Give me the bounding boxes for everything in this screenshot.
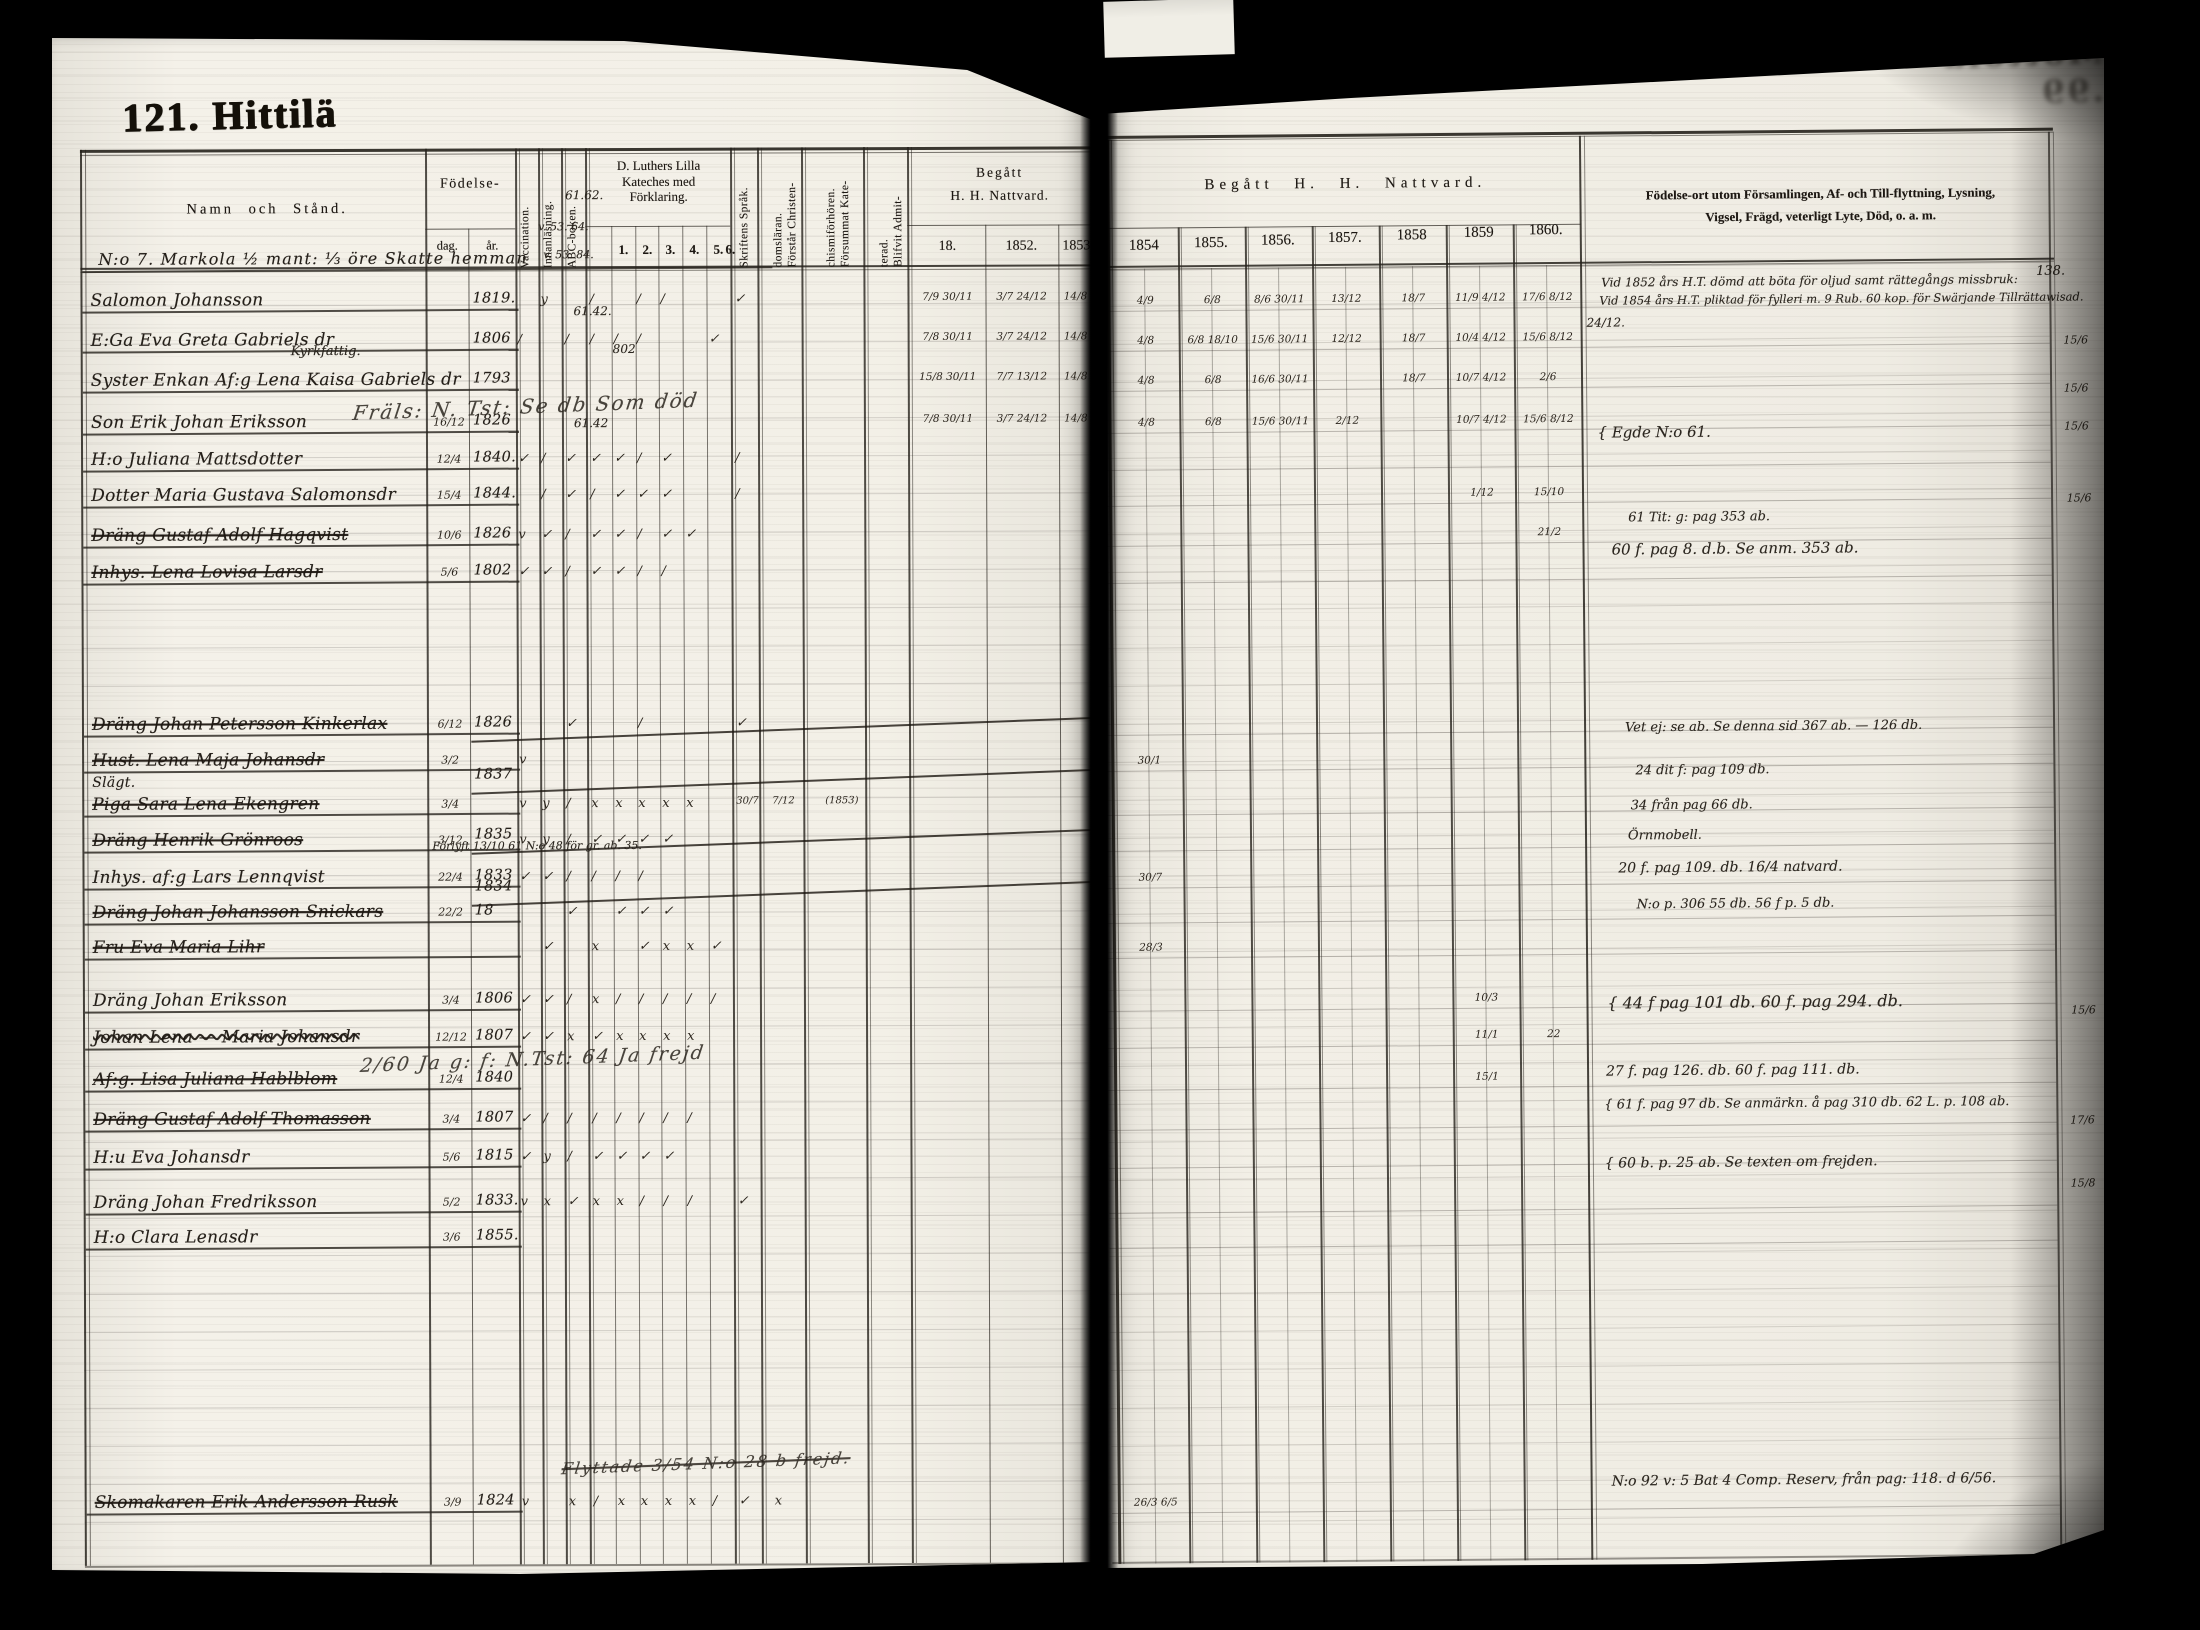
marginal-annotation: 61.62. — [565, 188, 603, 202]
birth-year: 1806 — [473, 330, 511, 346]
row-underline — [1108, 1040, 2056, 1049]
row-name: Dräng Gustaf Adolf Thomasson — [93, 1109, 370, 1130]
examination-mark: / — [518, 332, 522, 347]
examination-mark: ✓ — [565, 487, 576, 502]
scanned-parish-register: 121. Hittilä Namn och Stånd. Födelse- da… — [0, 0, 2200, 1630]
communion-date: 30/1 — [1117, 754, 1181, 767]
examination-mark: x — [618, 1494, 625, 1509]
grid-line-vertical — [611, 226, 617, 1564]
birth-day: 3/9 — [435, 1496, 471, 1509]
row-name: Son Erik Johan Eriksson — [91, 412, 307, 433]
examination-mark: ✓ — [590, 527, 601, 542]
communion-date: 2/12 — [1315, 415, 1379, 428]
remark-note: Örnmobell. — [1628, 828, 1702, 844]
grid-line-horizontal — [1112, 1554, 2065, 1564]
examination-mark: / — [637, 527, 641, 542]
examination-mark: ✓ — [738, 1194, 749, 1209]
examination-mark: / — [636, 292, 640, 307]
examination-mark: / — [687, 1111, 691, 1126]
row-underline — [1106, 843, 2054, 852]
examination-mark: x — [689, 1494, 696, 1509]
examination-mark: ✓ — [543, 992, 554, 1007]
grid-line-vertical — [1058, 224, 1064, 1562]
row-name: Dotter Maria Gustava Salomonsdr — [91, 485, 396, 506]
examination-mark: / — [660, 292, 664, 307]
row-underline — [1103, 498, 2051, 507]
examination-mark: / — [661, 564, 665, 579]
examination-mark: ✓ — [637, 487, 648, 502]
examination-mark: ✓ — [616, 1149, 627, 1164]
birth-year: 1840. — [473, 449, 516, 465]
birth-day: 22/2 — [433, 906, 469, 919]
examination-mark: / — [735, 487, 739, 502]
examination-mark: ✓ — [663, 1149, 674, 1164]
examination-mark: ✓ — [661, 527, 672, 542]
examination-mark: ✓ — [614, 451, 625, 466]
examination-mark: / — [638, 716, 642, 731]
row-name: Syster Enkan Af:g Lena Kaisa Gabriels dr — [91, 370, 461, 391]
examination-mark: / — [639, 992, 643, 1007]
examination-mark: x — [665, 1494, 672, 1509]
communion-date: 13/12 — [1314, 293, 1378, 306]
margin-date-mark: 15/6 — [2058, 333, 2094, 346]
examination-mark: / — [592, 1111, 596, 1126]
examination-mark: / — [663, 1111, 667, 1126]
remark-note: 20 f. pag 109. db. 16/4 natvard. — [1618, 859, 1842, 877]
row-underline — [1112, 1505, 2060, 1514]
examination-mark: / — [735, 451, 739, 466]
examination-mark: ✓ — [614, 564, 625, 579]
examination-mark: / — [565, 564, 569, 579]
row-underline — [1109, 1160, 2057, 1169]
communion-date: 10/7 4/12 — [1449, 371, 1513, 384]
examination-mark: / — [566, 796, 570, 811]
ruled-line — [1107, 982, 2055, 991]
examination-mark: / — [594, 1494, 598, 1509]
examination-mark: x — [639, 1029, 646, 1044]
remark-note: { 44 f pag 101 db. 60 f. pag 294. db. — [1607, 991, 1903, 1013]
examination-mark: / — [637, 332, 641, 347]
examination-mark: ✓ — [518, 564, 529, 579]
remark-note: { 61 f. pag 97 db. Se anmärkn. å pag 310… — [1604, 1094, 2009, 1113]
examination-mark: ✓ — [739, 1494, 750, 1509]
examination-mark: / — [637, 564, 641, 579]
examination-mark: ✓ — [541, 527, 552, 542]
row-underline — [1104, 575, 2052, 584]
communion-date: 28/3 — [1119, 941, 1183, 954]
examination-mark: / — [640, 1194, 644, 1209]
examination-mark: x — [569, 1494, 576, 1509]
examination-mark: x — [663, 939, 670, 954]
ruled-line — [1110, 1324, 2058, 1333]
birth-day: 5/6 — [431, 566, 467, 579]
examination-mark: ✓ — [520, 992, 531, 1007]
margin-date-mark: 17/6 — [2064, 1113, 2100, 1126]
examination-mark: ✓ — [661, 451, 672, 466]
examination-mark: ✓ — [519, 869, 530, 884]
remark-note: 24/12. — [1586, 315, 1625, 329]
examination-mark: ✓ — [592, 1149, 603, 1164]
communion-date: 10/3 — [1454, 991, 1518, 1004]
examination-mark: / — [663, 992, 667, 1007]
examination-mark: ✓ — [543, 1029, 554, 1044]
right-page: Möttölä .99 Begått H. H. Nattvard. 1854 … — [1100, 28, 2104, 1578]
communion-date: 15/6 8/12 — [1516, 331, 1580, 344]
remark-note: Vid 1854 års H.T. pliktad för fylleri m.… — [1599, 289, 2083, 307]
examination-mark: / — [638, 869, 642, 884]
birth-year: 1807 — [475, 1109, 513, 1125]
examination-mark: x — [617, 1194, 624, 1209]
examination-mark: ✓ — [639, 939, 650, 954]
ruled-line — [1112, 1514, 2060, 1523]
grid-line-vertical — [425, 149, 431, 1565]
examination-mark: / — [565, 527, 569, 542]
row-name: Inhys. af:g Lars Lennqvist — [92, 867, 324, 888]
examination-mark: ✓ — [568, 1194, 579, 1209]
examination-mark: / — [567, 992, 571, 1007]
examination-mark: x — [775, 1493, 782, 1508]
examination-mark: / — [711, 992, 715, 1007]
birth-day: 3/4 — [433, 994, 469, 1007]
birth-year: 1833. — [476, 1192, 519, 1208]
examination-mark: / — [590, 487, 594, 502]
examination-mark: / — [567, 1111, 571, 1126]
remark-note: 34 från pag 66 db. — [1631, 797, 1753, 813]
grid-line-vertical — [985, 225, 991, 1563]
row-note: Förlyft 13/10 61 N:o 48 för gr. ab. 35. — [432, 839, 642, 853]
communion-date: 10/4 4/12 — [1449, 331, 1513, 344]
examination-mark: ✓ — [709, 332, 720, 347]
birth-day: 10/6 — [431, 529, 467, 542]
row-underline — [1107, 915, 2055, 924]
communion-date: 15/6 30/11 — [1248, 415, 1312, 428]
birth-year: 1806 — [475, 990, 513, 1006]
communion-date: 18/7 — [1382, 372, 1446, 385]
book-gutter — [1080, 0, 1118, 1630]
examination-mark: / — [566, 869, 570, 884]
ruled-line — [1109, 1172, 2057, 1181]
row-name: Salomon Johansson — [90, 290, 263, 311]
examination-mark: x — [616, 1029, 623, 1044]
grid-line-vertical — [468, 229, 474, 1565]
birth-year: 1826 — [473, 525, 511, 541]
row-name: Dräng Johan Fredriksson — [94, 1192, 318, 1213]
communion-date: 17/6 8/12 — [1515, 291, 1579, 304]
examination-mark: x — [663, 1029, 670, 1044]
examination-mark: v — [519, 796, 526, 811]
communion-date: 11/9 4/12 — [1448, 291, 1512, 304]
communion-date: 10/7 4/12 — [1449, 413, 1513, 426]
examination-mark: ✓ — [520, 1111, 531, 1126]
grid-line-horizontal — [425, 228, 515, 230]
birth-year: 1844. — [473, 485, 516, 501]
remark-note: 138. — [2036, 264, 2065, 279]
communion-date: 12/12 — [1315, 333, 1379, 346]
communion-date: 4/9 — [1113, 294, 1177, 307]
communion-date: 4/8 — [1114, 374, 1178, 387]
page-marker-tab — [1103, 0, 1235, 58]
examination-mark: / — [688, 1194, 692, 1209]
birth-day: 5/6 — [433, 1151, 469, 1164]
examination-mark: v — [518, 527, 525, 542]
examination-mark: / — [615, 869, 619, 884]
marginal-annotation: Flyttade 3/54 N:o 28 b frejd. — [560, 1448, 852, 1478]
communion-date: 4/8 — [1114, 416, 1178, 429]
communion-date: 15/8 30/11 — [911, 371, 985, 383]
ruled-line — [1111, 1438, 2059, 1447]
examination-mark: x — [591, 796, 598, 811]
communion-date: 15/6 8/12 — [1516, 413, 1580, 426]
row-name: Dräng Gustaf Adolf Hagqvist — [91, 525, 348, 546]
row-underline — [1106, 880, 2054, 889]
ruled-line — [1105, 678, 2053, 687]
marginal-annotation: v. 53. 64. — [538, 220, 588, 233]
examination-mark: ✓ — [662, 832, 673, 847]
ruled-line — [1104, 564, 2052, 573]
communion-date: 22 — [1522, 1028, 1586, 1041]
communion-date: 7/8 30/11 — [911, 331, 985, 343]
ruled-line — [1108, 1058, 2056, 1067]
row-name: H:o Juliana Mattsdotter — [91, 449, 302, 470]
examination-mark: x — [593, 1194, 600, 1209]
examination-mark: (1853) — [825, 795, 858, 806]
examination-mark: ✓ — [614, 487, 625, 502]
examination-mark: 30/7 — [736, 796, 759, 807]
communion-date: 30/7 — [1118, 871, 1182, 884]
examination-mark: ✓ — [663, 904, 674, 919]
communion-date: 18/7 — [1381, 292, 1445, 305]
examination-mark: y — [540, 292, 547, 307]
remark-note: 27 f. pag 126. db. 60 f. pag 111. db. — [1606, 1061, 1860, 1079]
ruled-line — [1106, 868, 2054, 877]
examination-mark: / — [616, 992, 620, 1007]
examination-mark: ✓ — [685, 527, 696, 542]
birth-day: 3/2 — [432, 754, 468, 767]
birth-day: 3/6 — [434, 1231, 470, 1244]
birth-day: 3/4 — [433, 1113, 469, 1126]
remark-note: 60 f. pag 8. d.b. Se anm. 353 ab. — [1611, 538, 1858, 558]
birth-day: 22/4 — [432, 871, 468, 884]
grid-line-vertical — [635, 226, 641, 1564]
row-name: Fru Eva Maria Lihr — [93, 937, 265, 958]
examination-mark: ✓ — [734, 292, 745, 307]
examination-mark: ✓ — [567, 904, 578, 919]
examination-mark: x — [638, 796, 645, 811]
examination-mark: ✓ — [736, 716, 747, 731]
examination-mark: ✓ — [542, 869, 553, 884]
row-underline — [1108, 1082, 2056, 1091]
examination-mark: ✓ — [614, 527, 625, 542]
ruled-line — [1105, 754, 2053, 763]
row-underline — [1109, 1122, 2057, 1131]
row-name: H:o Clara Lenasdr — [94, 1227, 258, 1248]
ruled-line — [1104, 640, 2052, 649]
ruled-line — [1106, 830, 2054, 839]
communion-date: 7/8 30/11 — [911, 413, 985, 425]
remark-note: { 60 b. p. 25 ab. Se texten om frejden. — [1605, 1153, 1878, 1171]
remark-note: 24 dit f: pag 109 db. — [1635, 762, 1769, 778]
examination-mark: x — [641, 1494, 648, 1509]
row-name: Skomakaren Erik Andersson Rusk — [95, 1492, 398, 1513]
remark-note: N:o 92 v: 5 Bat 4 Comp. Reserv, från pag… — [1612, 1470, 1997, 1489]
examination-mark: ✓ — [520, 1029, 531, 1044]
marginal-annotation: 61.42 — [574, 416, 608, 430]
remark-note: 61 Tit: g: pag 353 ab. — [1628, 509, 1770, 525]
birth-year: 1815 — [475, 1147, 513, 1163]
examination-mark: / — [591, 869, 595, 884]
remark-note: Vid 1852 års H.T. dömd att böta för olju… — [1601, 272, 2018, 290]
margin-date-mark: 15/6 — [2058, 419, 2094, 432]
margin-date-mark: 15/6 — [2061, 491, 2097, 504]
ruled-line — [1103, 450, 2051, 459]
ruled-line — [1104, 602, 2052, 611]
marginal-annotation: 61.42. — [574, 304, 612, 318]
birth-year: 1793 — [473, 370, 511, 386]
examination-mark: / — [639, 1111, 643, 1126]
examination-mark: ✓ — [711, 939, 722, 954]
row-underline — [1106, 807, 2054, 816]
marginal-annotation: Fräls: N. Tst: Se db Som död — [351, 388, 700, 425]
communion-date: 6/8 — [1181, 416, 1245, 429]
birth-day: 12/12 — [433, 1031, 469, 1044]
row-name: Af:g. Lisa Juliana Hablblom — [93, 1069, 337, 1090]
household-heading: N:o 7. Markola ½ mant: ⅓ öre Skatte hemm… — [98, 248, 528, 268]
examination-mark: / — [664, 1194, 668, 1209]
row-underline — [1108, 1003, 2056, 1012]
examination-mark: y — [542, 796, 549, 811]
examination-mark: ✓ — [639, 1149, 650, 1164]
birth-year: 18 — [475, 902, 494, 918]
margin-date-mark: 15/6 — [2066, 1003, 2102, 1016]
examination-mark: ✓ — [661, 487, 672, 502]
examination-mark: / — [616, 1111, 620, 1126]
row-name: Dräng Henrik Grönroos — [92, 830, 303, 851]
communion-date: 6/8 — [1181, 374, 1245, 387]
ruled-line — [1111, 1400, 2059, 1409]
examination-mark: v — [522, 1494, 529, 1509]
examination-mark: ✓ — [565, 451, 576, 466]
ruled-line — [1107, 906, 2055, 915]
birth-year: 1807 — [475, 1027, 513, 1043]
margin-date-mark: 15/6 — [2058, 381, 2094, 394]
row-name: Dräng Johan Petersson Kinkerlax — [92, 714, 388, 735]
row-underline — [1105, 763, 2053, 772]
examination-mark: / — [713, 1494, 717, 1509]
birth-year: 1833 — [474, 867, 512, 883]
examination-mark: / — [637, 451, 641, 466]
communion-date: 4/8 — [1114, 334, 1178, 347]
examination-mark: ✓ — [616, 904, 627, 919]
ruled-line — [1111, 1362, 2059, 1371]
birth-year: 1802 — [473, 562, 511, 578]
row-underline — [1103, 538, 2051, 547]
birth-day: 12/4 — [433, 1073, 469, 1086]
left-page-entries: N:o 7. Markola ½ mant: ⅓ öre Skatte hemm… — [52, 24, 1097, 1578]
communion-date: 6/8 18/10 — [1181, 334, 1245, 347]
communion-date: 2/6 — [1516, 371, 1580, 384]
examination-mark: ✓ — [590, 564, 601, 579]
birth-day: 3/4 — [432, 798, 468, 811]
remark-note: { Egde N:o 61. — [1597, 423, 1711, 442]
marginal-annotation: v. 53. 84. — [543, 248, 593, 261]
row-name: Inhys. Lena Lovisa Larsdr — [91, 562, 322, 583]
examination-mark: x — [615, 796, 622, 811]
marginal-annotation: Kyrkfattig. — [291, 344, 361, 359]
examination-mark: ✓ — [520, 1149, 531, 1164]
examination-mark: x — [592, 992, 599, 1007]
remark-note: Vet ej: se ab. Se denna sid 367 ab. — 12… — [1625, 718, 1922, 736]
row-name: Johan Lena — Maria Johansdr — [93, 1027, 359, 1048]
examination-mark: / — [687, 992, 691, 1007]
row-name: H:u Eva Johansdr — [93, 1147, 249, 1168]
row-name: Piga Sara Lena Ekengren — [92, 794, 319, 815]
row-name: Dräng Johan Johansson Snickars — [93, 902, 384, 923]
row-name: Dräng Johan Eriksson — [93, 990, 288, 1011]
examination-mark: v — [519, 752, 526, 767]
communion-date: 8/6 30/11 — [1247, 293, 1311, 306]
grid-line-vertical — [658, 226, 664, 1564]
communion-date: 15/10 — [1517, 486, 1581, 499]
examination-mark: ✓ — [543, 939, 554, 954]
remark-note: N:o p. 306 55 db. 56 f p. 5 db. — [1637, 896, 1835, 913]
examination-mark: ✓ — [592, 1029, 603, 1044]
communion-date: 7/9 30/11 — [910, 291, 984, 303]
grid-line-vertical — [682, 226, 688, 1564]
examination-mark: x — [687, 939, 694, 954]
communion-date: 6/8 — [1180, 294, 1244, 307]
birth-day: 6/12 — [432, 718, 468, 731]
communion-date: 16/6 30/11 — [1248, 373, 1312, 386]
communion-date: 1/12 — [1450, 486, 1514, 499]
examination-mark: y — [543, 1149, 550, 1164]
communion-date: 15/6 30/11 — [1248, 333, 1312, 346]
grid-line-horizontal — [907, 224, 1092, 226]
birth-year: 1855. — [476, 1227, 519, 1243]
birth-year: 1819. — [472, 290, 515, 306]
communion-date: 21/2 — [1517, 526, 1581, 539]
birth-year: 1824 — [477, 1492, 515, 1508]
examination-mark: ✓ — [639, 904, 650, 919]
birth-day: 5/2 — [434, 1196, 470, 1209]
grid-line-vertical — [1379, 226, 1392, 1562]
ruled-line — [1109, 1134, 2057, 1143]
examination-mark: ✓ — [541, 564, 552, 579]
row-underline — [1103, 462, 2051, 471]
examination-mark: ✓ — [566, 716, 577, 731]
examination-mark: x — [662, 796, 669, 811]
ruled-line — [1106, 792, 2054, 801]
right-page-entries: 4/96/88/6 30/1113/1218/711/9 4/1217/6 8/… — [1099, 19, 2116, 1578]
communion-date: 15/1 — [1455, 1070, 1519, 1083]
row-name: Slägt. — [92, 775, 135, 791]
row-underline — [1109, 1205, 2057, 1214]
grid-line-horizontal — [1101, 224, 1581, 229]
examination-mark: x — [567, 1029, 574, 1044]
examination-mark: / — [590, 332, 594, 347]
ruled-line — [1110, 1286, 2058, 1295]
row-underline — [1110, 1240, 2058, 1249]
birth-day: 12/4 — [431, 453, 467, 466]
communion-date: 18/7 — [1382, 332, 1446, 345]
margin-date-mark: 15/8 — [2065, 1176, 2101, 1189]
examination-mark: / — [541, 487, 545, 502]
examination-mark: x — [686, 796, 693, 811]
examination-mark: x — [592, 939, 599, 954]
communion-date: 26/3 6/5 — [1124, 1496, 1188, 1509]
marginal-annotation: 802 — [613, 342, 636, 356]
examination-mark: / — [567, 1149, 571, 1164]
ruled-line — [1110, 1248, 2058, 1257]
